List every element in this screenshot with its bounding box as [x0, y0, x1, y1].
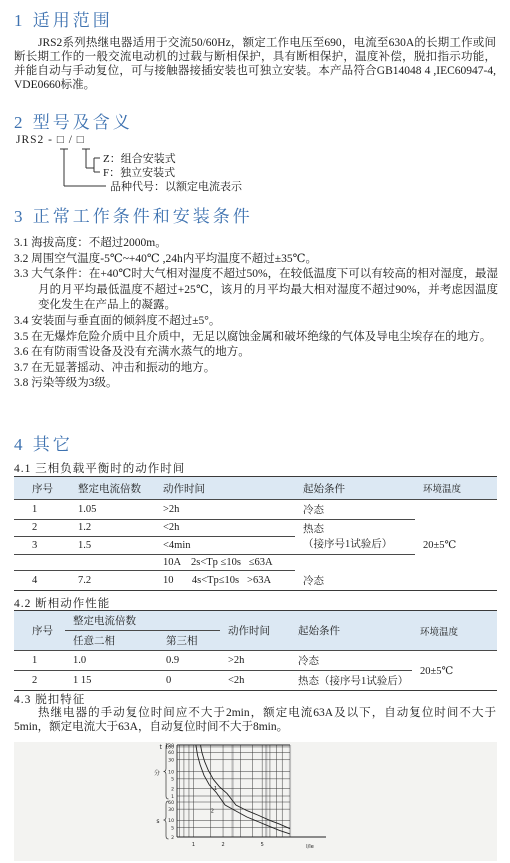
svg-text:1: 1: [192, 842, 195, 848]
trip-curve-panel: 125I/Ie12010060301052160301052t分s12: [14, 742, 497, 861]
table-cell: 热态（接序号1试验后）: [290, 671, 412, 691]
svg-text:30: 30: [168, 807, 174, 813]
column-header: 环境温度: [415, 477, 497, 500]
condition-item: 3.8 污染等级为3级。: [14, 376, 498, 392]
table-cell: 2: [14, 520, 70, 537]
svg-text:2: 2: [211, 808, 214, 814]
trip-curve-chart: 125I/Ie12010060301052160301052t分s12: [14, 742, 497, 861]
section-4-heading: 4 其它: [14, 430, 73, 455]
table-cell: <2h: [155, 520, 295, 537]
column-header: 第三相: [158, 631, 220, 651]
start-condition-line1: 热态: [303, 522, 411, 537]
condition-item: 3.7 在无显著摇动、冲击和振动的地方。: [14, 361, 498, 377]
table-cell-ambient-temp: 20±5℃: [415, 500, 497, 591]
column-header: 起始条件: [295, 477, 415, 500]
section-1-paragraph: JRS2系列热继电器适用于交流50/60Hz，额定工作电压至690，电流至630…: [14, 36, 496, 92]
svg-text:5: 5: [171, 825, 174, 831]
section-4-2-title: 4.2 断相动作性能: [14, 595, 110, 611]
condition-item: 3.1 海拔高度：不超过2000m。: [14, 236, 498, 252]
table-cell: 冷态: [295, 500, 415, 520]
svg-text:2: 2: [171, 835, 174, 841]
svg-text:10: 10: [168, 769, 174, 775]
table-cell: 1.2: [70, 520, 155, 537]
table-cell-ambient-temp: 20±5℃: [412, 651, 497, 691]
column-header: 整定电流倍数: [70, 477, 155, 500]
table-cell: 冷态: [290, 651, 412, 671]
table-cell: 0.9: [158, 651, 220, 671]
svg-text:分: 分: [154, 769, 160, 777]
column-header: 任意二相: [65, 631, 158, 651]
svg-text:2: 2: [171, 786, 174, 792]
model-branch-code: 品种代号：以额定电流表示: [110, 179, 243, 193]
table-cell: [295, 555, 415, 571]
condition-item: 3.3 大气条件：在+40℃时大气相对湿度不超过50%，在较低温度下可以有较高的…: [14, 267, 498, 314]
model-branch-z: Z：组合安装式: [103, 151, 176, 165]
svg-text:5: 5: [171, 777, 174, 783]
table-cell: >2h: [155, 500, 295, 520]
table-cell: 3: [14, 536, 70, 554]
table-cell: 1: [14, 651, 65, 671]
column-header: 环境温度: [412, 611, 497, 651]
svg-text:60: 60: [168, 750, 174, 756]
table-cell-start-condition: 热态 （接序号1试验后）: [295, 520, 415, 555]
svg-text:10: 10: [168, 818, 174, 824]
svg-text:30: 30: [168, 758, 174, 764]
table-cell: <4min: [155, 536, 295, 554]
column-header: 起始条件: [290, 611, 412, 651]
document-page: 1 适用范围 JRS2系列热继电器适用于交流50/60Hz，额定工作电压至690…: [0, 0, 510, 863]
section-4-1-title: 4.1 三相负载平衡时的动作时间: [14, 460, 185, 476]
section-4-3-title: 4.3 脱扣特征: [14, 691, 85, 707]
svg-text:1: 1: [171, 794, 174, 800]
condition-item: 3.5 在无爆炸危险介质中且介质中，无足以腐蚀金属和破坏绝缘的气体及导电尘埃存在…: [14, 330, 498, 346]
svg-text:5: 5: [261, 842, 264, 848]
table-cell: 2: [14, 671, 65, 691]
table-cell-trip-class-10A: 10A 2s<Tp ≤10s ≤63A: [155, 555, 295, 571]
balanced-load-table: 序号 整定电流倍数 动作时间 起始条件 环境温度 1 1.05 >2h 冷态 2…: [14, 476, 497, 591]
column-header: 序号: [14, 611, 65, 651]
column-header: 整定电流倍数: [65, 611, 220, 631]
model-code-diagram: Z：组合安装式 F：独立安装式 品种代号：以额定电流表示: [16, 148, 346, 198]
svg-text:s: s: [156, 818, 159, 825]
table-cell: 1.5: [70, 536, 155, 554]
section-1-heading: 1 适用范围: [14, 6, 113, 31]
table-cell: 冷态: [295, 571, 415, 591]
column-header: 动作时间: [155, 477, 295, 500]
table-cell: [14, 555, 70, 571]
svg-text:I/Ie: I/Ie: [306, 844, 314, 850]
table-cell: >2h: [220, 651, 290, 671]
condition-item: 3.2 周围空气温度-5℃~+40℃ ,24h内平均温度不超过±35℃。: [14, 252, 498, 268]
table-cell-trip-class-10: 10 4s<Tp≤10s >63A: [155, 571, 295, 591]
table-cell: 1.0: [65, 651, 158, 671]
table-cell: 4: [14, 571, 70, 591]
table-cell: 1 15: [65, 671, 158, 691]
conditions-list: 3.1 海拔高度：不超过2000m。 3.2 周围空气温度-5℃~+40℃ ,2…: [14, 236, 498, 392]
condition-item: 3.6 在有防雨雪设备及没有充满水蒸气的地方。: [14, 345, 498, 361]
svg-text:2: 2: [221, 842, 224, 848]
section-2-heading: 2 型号及含义: [14, 108, 133, 133]
column-header: 动作时间: [220, 611, 290, 651]
table-cell: 7.2: [70, 571, 155, 591]
table-cell: <2h: [220, 671, 290, 691]
section-3-heading: 3 正常工作条件和安装条件: [14, 202, 253, 227]
table-cell: 1: [14, 500, 70, 520]
condition-item: 3.4 安装面与垂直面的倾斜度不超过±5°。: [14, 314, 498, 330]
table-cell: 0: [158, 671, 220, 691]
svg-text:60: 60: [168, 800, 174, 806]
table-cell: 1.05: [70, 500, 155, 520]
svg-text:t: t: [160, 744, 163, 751]
table-cell: [70, 555, 155, 571]
model-code: JRS2 - □ / □: [16, 134, 85, 146]
column-header: 序号: [14, 477, 70, 500]
start-condition-line2: （接序号1试验后）: [303, 537, 411, 552]
phase-failure-table: 序号 整定电流倍数 动作时间 起始条件 环境温度 任意二相 第三相 1 1.0 …: [14, 610, 497, 691]
section-4-3-paragraph: 热继电器的手动复位时间应不大于2min，额定电流63A及以下，自动复位时间不大于…: [14, 706, 496, 734]
model-branch-f: F：独立安装式: [103, 165, 175, 179]
